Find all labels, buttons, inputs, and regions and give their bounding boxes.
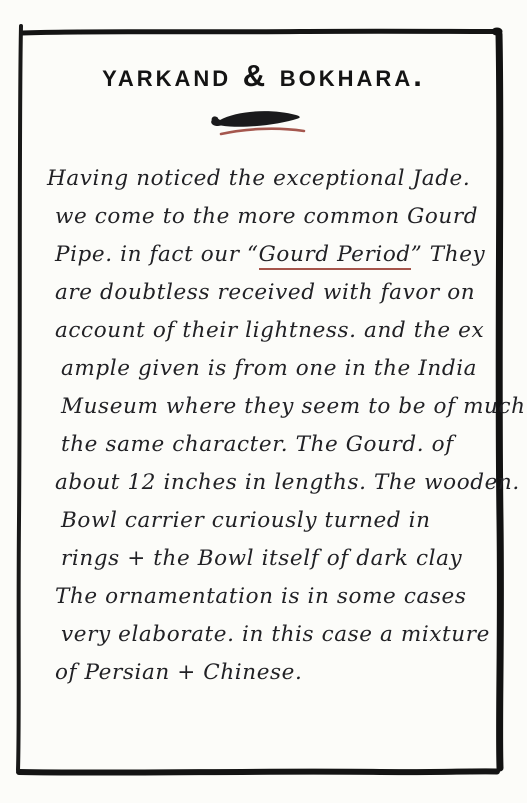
line-segment: Pipe. in fact our “ [55, 242, 259, 267]
handwriting-block: Having noticed the exceptional Jade. we … [47, 160, 487, 692]
handwritten-line: are doubtless received with favor on [47, 274, 487, 312]
red-underlined-phrase: Gourd Period [259, 242, 411, 270]
handwritten-line: Museum where they seem to be of much [47, 388, 487, 426]
handwritten-line: about 12 inches in lengths. The wooden. [47, 464, 487, 502]
handwritten-line: we come to the more common Gourd [47, 198, 487, 236]
handwritten-line: Having noticed the exceptional Jade. [47, 160, 487, 198]
ink-flourish-icon [208, 106, 312, 140]
handwritten-line: the same character. The Gourd. of [47, 426, 487, 464]
handwritten-line: of Persian + Chinese. [47, 654, 487, 692]
handwritten-line: very elaborate. in this case a mixture [47, 616, 487, 654]
document-page: Yarkand & Bokhara. Having noticed the ex… [0, 0, 527, 803]
handwritten-line: Bowl carrier curiously turned in [47, 502, 487, 540]
handwritten-line: account of their lightness. and the ex [47, 312, 487, 350]
handwritten-line: rings + the Bowl itself of dark clay [47, 540, 487, 578]
handwritten-line: Pipe. in fact our “Gourd Period” They [47, 236, 487, 274]
line-segment: ” They [411, 242, 485, 267]
page-title: Yarkand & Bokhara. [0, 58, 527, 94]
handwritten-line: ample given is from one in the India [47, 350, 487, 388]
handwritten-line: The ornamentation is in some cases [47, 578, 487, 616]
